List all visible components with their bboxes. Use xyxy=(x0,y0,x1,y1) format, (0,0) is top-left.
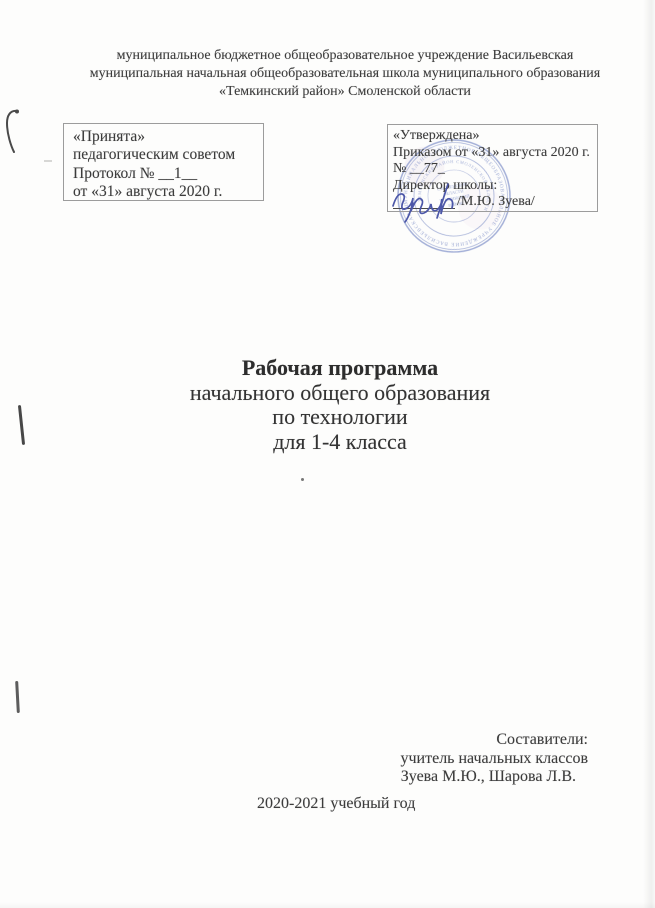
approved-line-1: «Утверждена» xyxy=(393,128,595,145)
header-line-2: муниципальная начальная общеобразователь… xyxy=(35,65,655,83)
compilers-line-2: Зуева М.Ю., Шарова Л.В. xyxy=(400,768,588,787)
staple-mark-top xyxy=(2,108,24,156)
document-page: муниципальное бюджетное общеобразователь… xyxy=(0,0,655,908)
header-line-1: муниципальное бюджетное общеобразователь… xyxy=(35,47,655,65)
accepted-line-1: «Принята» xyxy=(73,128,259,146)
accepted-box: «Принята» педагогическим советом Протоко… xyxy=(63,123,264,201)
title-subline-3: для 1-4 класса xyxy=(35,430,645,455)
title-block: Рабочая программа начального общего обра… xyxy=(35,356,645,454)
school-year: 2020-2021 учебный год xyxy=(257,795,415,813)
accepted-line-3: Протокол № __1__ xyxy=(73,165,259,183)
approved-line-2: Приказом от «31» августа 2020 г. xyxy=(393,145,595,162)
signature-row: /М.Ю. Зуева/ xyxy=(393,194,595,211)
stray-dot xyxy=(301,478,304,481)
compilers-label: Составители: xyxy=(400,731,588,750)
compilers-block: Составители: учитель начальных классов З… xyxy=(400,731,588,787)
school-name-header: муниципальное бюджетное общеобразователь… xyxy=(35,47,655,101)
title-subline-1: начального общего образования xyxy=(35,381,645,406)
compilers-line-1: учитель начальных классов xyxy=(400,750,588,769)
staple-mark-middle xyxy=(18,405,25,445)
approved-line-3: № __77_ xyxy=(393,161,595,178)
scan-edge-shadow-right xyxy=(643,0,655,908)
staple-mark-bottom xyxy=(15,681,19,713)
director-signature-scribble xyxy=(391,182,469,224)
title-subline-2: по технологии xyxy=(35,405,645,430)
accepted-line-2: педагогическим советом xyxy=(73,146,259,164)
scan-speck xyxy=(44,160,52,162)
scan-edge-shadow-bottom xyxy=(0,902,655,908)
approved-box: «Утверждена» Приказом от «31» августа 20… xyxy=(387,124,598,212)
accepted-line-4: от «31» августа 2020 г. xyxy=(73,183,259,201)
header-line-3: «Темкинский район» Смоленской области xyxy=(35,83,655,101)
document-title: Рабочая программа xyxy=(35,356,645,381)
